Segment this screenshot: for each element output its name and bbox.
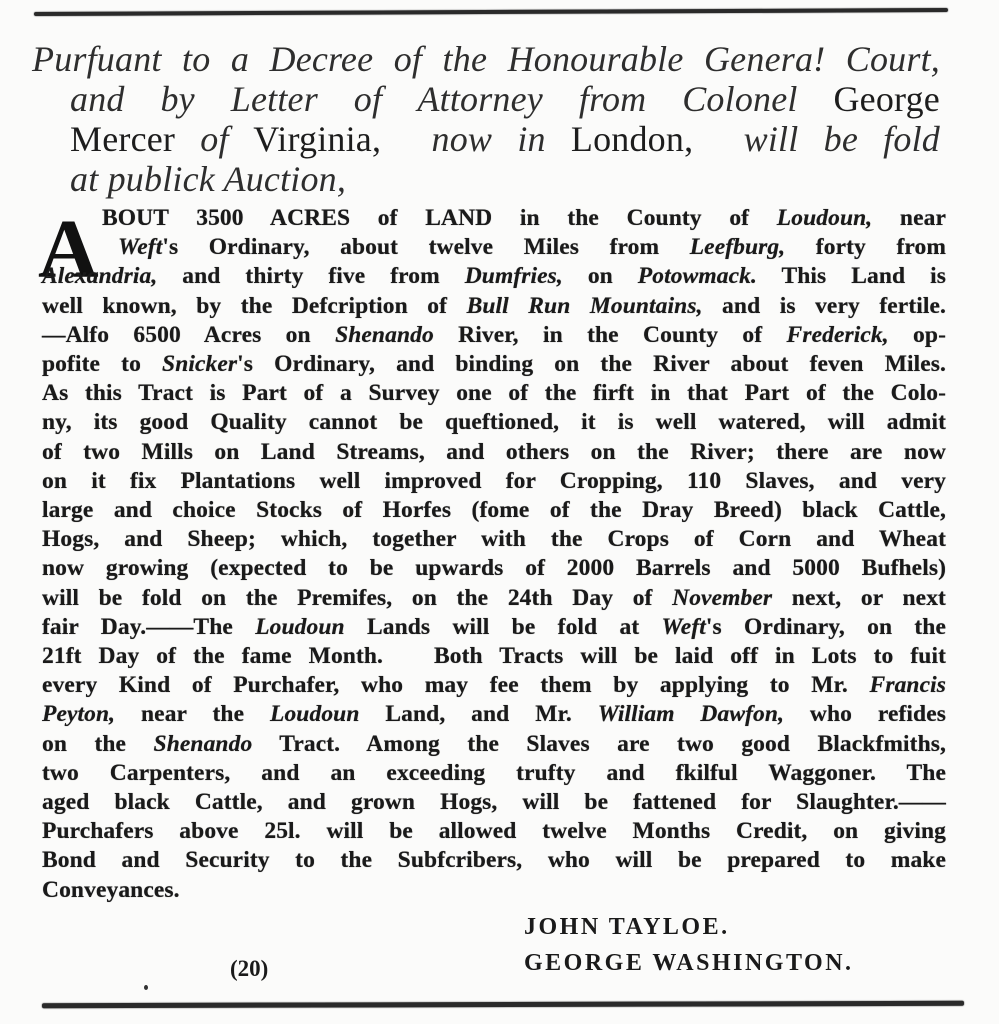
- body-text: Francis: [870, 672, 946, 698]
- heading-text: now in: [381, 119, 571, 159]
- body-text: Tract. Among the Slaves are two good Bla…: [252, 731, 946, 757]
- body-line: every Kind of Purchafer, who may fee the…: [42, 672, 946, 699]
- body-line: Purchafers above 25l. will be allowed tw…: [42, 818, 946, 845]
- body-line: fair Day.——The Loudoun Lands will be fol…: [42, 614, 946, 641]
- body-line: 21ft Day of the fame Month. Both Tracts …: [42, 643, 946, 670]
- body-text: William Dawfon,: [598, 701, 784, 727]
- body-line: on it fix Plantations well improved for …: [42, 468, 946, 495]
- heading-text: George: [798, 79, 940, 119]
- body-line: well known, by the Defcription of Bull R…: [42, 293, 946, 320]
- body-line: Peyton, near the Loudoun Land, and Mr. W…: [42, 701, 946, 728]
- body-text: near the: [115, 701, 270, 727]
- signatory-george-washington: GEORGE WASHINGTON.: [524, 950, 854, 977]
- body-text: pofite to: [42, 351, 162, 377]
- body-line: aged black Cattle, and grown Hogs, will …: [42, 789, 946, 816]
- body-text: Dumfries,: [465, 263, 563, 289]
- body-text: Lands will be fold at: [345, 614, 662, 640]
- heading-line: at publick Auction,: [70, 158, 346, 200]
- body-text: now growing (expected to be upwards of 2…: [42, 555, 946, 581]
- body-text: Loudoun,: [777, 205, 873, 231]
- body-text: two Carpenters, and an exceeding trufty …: [42, 760, 946, 786]
- body-text: Land, and Mr.: [360, 701, 598, 727]
- body-text: Purchafers above 25l. will be allowed tw…: [42, 818, 946, 844]
- body-text: Conveyances.: [42, 877, 180, 904]
- body-text: on it fix Plantations well improved for …: [42, 468, 946, 494]
- body-text: Loudoun: [270, 701, 360, 727]
- body-text: op-: [889, 322, 946, 348]
- body-text: Frederick,: [787, 322, 889, 348]
- heading-text: London,: [571, 119, 693, 159]
- heading-line: Mercer of Virginia, now in London, will …: [70, 118, 940, 160]
- body-line: Bond and Security to the Subfcribers, wh…: [42, 847, 946, 874]
- body-text: River, in the County of: [434, 322, 787, 348]
- body-text: will be fold on the Premifes, on the 24t…: [42, 585, 672, 611]
- signatory-john-tayloe: JOHN TAYLOE.: [524, 914, 730, 941]
- body-text: 21ft Day of the fame Month. Both Tracts …: [42, 643, 946, 669]
- body-text: Weft: [662, 614, 706, 640]
- heading-line: Purfuant to a Decree of the Honourable G…: [32, 38, 940, 80]
- heading-line: and by Letter of Attorney from Colonel G…: [70, 78, 940, 120]
- body-text: Bond and Security to the Subfcribers, wh…: [42, 847, 946, 873]
- body-text: forty from: [785, 234, 946, 260]
- body-text: 's Ordinary, on the: [706, 614, 946, 640]
- body-line: As this Tract is Part of a Survey one of…: [42, 380, 946, 407]
- heading-text: and by Letter of Attorney from Colonel: [70, 79, 798, 119]
- body-text: and is very fertile.: [703, 293, 946, 319]
- body-text: of two Mills on Land Streams, and others…: [42, 439, 946, 465]
- body-line: now growing (expected to be upwards of 2…: [42, 555, 946, 582]
- body-text: aged black Cattle, and grown Hogs, will …: [42, 789, 946, 815]
- body-text: fair Day.——The: [42, 614, 255, 640]
- heading-text: of: [200, 119, 228, 159]
- heading-text: Virginia,: [229, 119, 381, 159]
- body-text: As this Tract is Part of a Survey one of…: [42, 380, 946, 406]
- body-text: on: [563, 263, 638, 289]
- print-speck: [144, 985, 148, 990]
- top-rule: [34, 8, 948, 16]
- body-line: Hogs, and Sheep; which, together with th…: [42, 526, 946, 553]
- body-text: This Land is: [757, 263, 946, 289]
- body-text: and thirty five from: [157, 263, 464, 289]
- body-line: Weft's Ordinary, about twelve Miles from…: [118, 234, 946, 261]
- body-line: two Carpenters, and an exceeding trufty …: [42, 760, 946, 787]
- body-text: Hogs, and Sheep; which, together with th…: [42, 526, 946, 552]
- body-text: Snicker: [162, 351, 237, 377]
- body-text: on the: [42, 731, 154, 757]
- body-line: on the Shenando Tract. Among the Slaves …: [42, 731, 946, 758]
- heading-text: at publick Auction,: [70, 158, 346, 200]
- body-text: Leefburg,: [690, 234, 786, 260]
- body-line: ny, its good Quality cannot be queftione…: [42, 409, 946, 436]
- ad-number: (20): [230, 956, 268, 982]
- body-line: Conveyances.: [42, 877, 180, 904]
- body-text: Loudoun: [255, 614, 345, 640]
- body-text: Shenando: [154, 731, 253, 757]
- body-line: pofite to Snicker's Ordinary, and bindin…: [42, 351, 946, 378]
- body-text: large and choice Stocks of Horfes (fome …: [42, 497, 946, 523]
- body-text: —Alfo 6500 Acres on: [42, 322, 335, 348]
- body-text: Alexandria,: [42, 263, 157, 289]
- body-text: Shenando: [335, 322, 434, 348]
- body-line: of two Mills on Land Streams, and others…: [42, 439, 946, 466]
- body-text: 's Ordinary, about twelve Miles from: [162, 234, 689, 260]
- bottom-rule: [42, 1001, 964, 1008]
- body-text: Weft: [118, 234, 162, 260]
- body-text: Bull Run Mountains,: [467, 293, 703, 319]
- body-text: Potowmack.: [638, 263, 757, 289]
- body-text: well known, by the Defcription of: [42, 293, 467, 319]
- body-text: ny, its good Quality cannot be queftione…: [42, 409, 946, 435]
- body-line: —Alfo 6500 Acres on Shenando River, in t…: [42, 322, 946, 349]
- heading-text: Purfuant to a Decree of the Honourable G…: [32, 39, 940, 79]
- body-text: November: [672, 585, 772, 611]
- body-text: near: [872, 205, 946, 231]
- body-text: who refides: [784, 701, 946, 727]
- heading-text: Mercer: [70, 119, 200, 159]
- body-text: every Kind of Purchafer, who may fee the…: [42, 672, 870, 698]
- body-text: next, or next: [772, 585, 946, 611]
- body-text: BOUT 3500 ACRES of LAND in the County of: [102, 205, 777, 231]
- body-line: BOUT 3500 ACRES of LAND in the County of…: [102, 205, 946, 232]
- body-line: will be fold on the Premifes, on the 24t…: [42, 585, 946, 612]
- body-text: 's Ordinary, and binding on the River ab…: [237, 351, 946, 377]
- heading-text: will be fold: [693, 119, 940, 159]
- body-line: Alexandria, and thirty five from Dumfrie…: [42, 263, 946, 290]
- body-text: Peyton,: [42, 701, 115, 727]
- body-line: large and choice Stocks of Horfes (fome …: [42, 497, 946, 524]
